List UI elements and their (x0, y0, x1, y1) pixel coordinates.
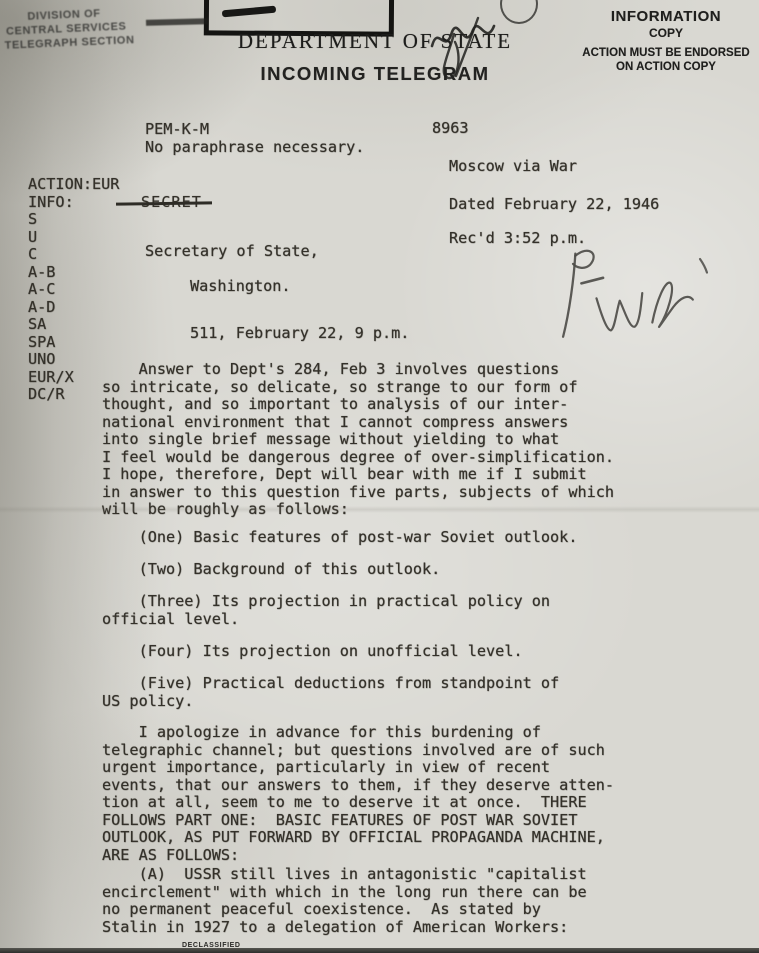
stamp-box-smudge (146, 18, 208, 26)
info-stamp-line-3: ACTION MUST BE ENDORSED (578, 47, 754, 61)
list-item-four: (Four) Its projection on unofficial leve… (102, 643, 523, 661)
scan-bottom-edge (0, 948, 759, 953)
message-reference: 511, February 22, 9 p.m. (190, 325, 409, 343)
address-city: Washington. (190, 278, 291, 296)
information-copy-stamp: INFORMATION COPY ACTION MUST BE ENDORSED… (578, 8, 754, 74)
info-stamp-line-1: INFORMATION (578, 8, 754, 25)
paragraph-intro: Answer to Dept's 284, Feb 3 involves que… (102, 361, 614, 519)
list-item-five: (Five) Practical deductions from standpo… (102, 675, 559, 710)
info-stamp-line-2: COPY (578, 26, 754, 40)
info-stamp-line-4: ON ACTION COPY (578, 61, 754, 75)
dated-line: Dated February 22, 1946 (449, 196, 659, 214)
paragraph-apology: I apologize in advance for this burdenin… (102, 724, 614, 864)
list-item-two: (Two) Background of this outlook. (102, 561, 440, 579)
paraphrase-note: No paraphrase necessary. (145, 139, 364, 157)
list-item-one: (One) Basic features of post-war Soviet … (102, 529, 577, 547)
handwritten-initials (538, 230, 720, 350)
telegraph-section-stamp: DIVISION OF CENTRAL SERVICES TELEGRAPH S… (3, 5, 135, 53)
list-item-three: (Three) Its projection in practical poli… (102, 593, 550, 628)
telegram-page: DIVISION OF CENTRAL SERVICES TELEGRAPH S… (0, 0, 759, 953)
handwritten-scribble-over-title (418, 12, 528, 90)
telegram-number: 8963 (432, 120, 469, 138)
paper-crease (0, 506, 759, 513)
paragraph-part-a: (A) USSR still lives in antagonistic "ca… (102, 866, 587, 936)
addressee: Secretary of State, (145, 243, 319, 261)
origin-line: Moscow via War (449, 158, 577, 176)
routing-code: PEM-K-M (145, 121, 209, 139)
